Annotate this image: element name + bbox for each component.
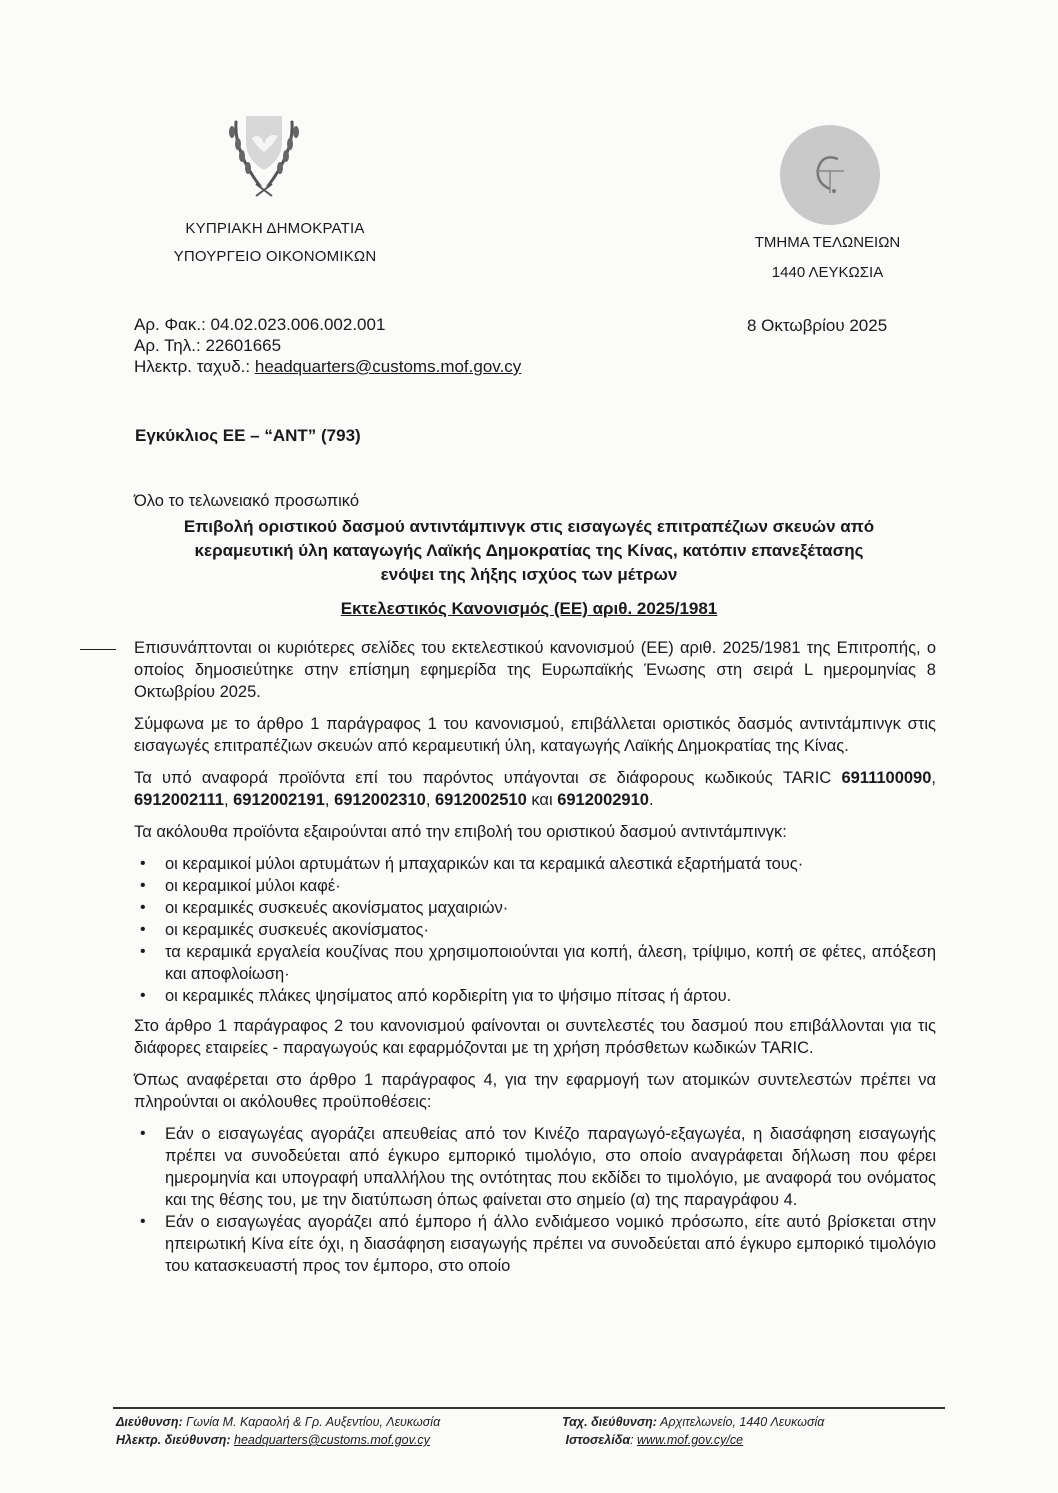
footer-website-link[interactable]: www.mof.gov.cy/ce — [637, 1433, 743, 1447]
footer-email: Ηλεκτρ. διεύθυνση: headquarters@customs.… — [116, 1431, 440, 1449]
regulation-title: Εκτελεστικός Κανονισμός (ΕΕ) αριθ. 2025/… — [118, 599, 940, 619]
footer-right: Ταχ. διεύθυνση: Αρχιτελωνείο, 1440 Λευκω… — [562, 1413, 824, 1449]
ministry-heading: ΚΥΠΡΙΑΚΗ ΔΗΜΟΚΡΑΤΙΑ ΥΠΟΥΡΓΕΙΟ ΟΙΚΟΝΟΜΙΚΩ… — [150, 215, 400, 271]
taric-code: 6912002310 — [334, 791, 426, 809]
conditions-list: Εάν ο εισαγωγέας αγοράζει απευθείας από … — [134, 1123, 936, 1277]
file-number: Αρ. Φακ.: 04.02.023.006.002.001 — [134, 314, 521, 335]
email-link[interactable]: headquarters@customs.mof.gov.cy — [255, 357, 521, 376]
cyprus-coat-of-arms-icon — [216, 112, 312, 202]
paragraph-taric-codes: Τα υπό αναφορά προϊόντα επί του παρόντος… — [134, 767, 936, 811]
footer-divider — [113, 1407, 945, 1409]
footer-postal: Ταχ. διεύθυνση: Αρχιτελωνείο, 1440 Λευκω… — [562, 1413, 824, 1431]
footer-email-link[interactable]: headquarters@customs.mof.gov.cy — [234, 1433, 430, 1447]
list-item: Εάν ο εισαγωγέας αγοράζει από έμπορο ή ά… — [134, 1211, 936, 1277]
reference-block: Αρ. Φακ.: 04.02.023.006.002.001 Αρ. Τηλ.… — [134, 314, 521, 377]
list-item: Εάν ο εισαγωγέας αγοράζει απευθείας από … — [134, 1123, 936, 1211]
paragraph-article-1-1: Σύμφωνα με το άρθρο 1 παράγραφος 1 του κ… — [134, 713, 936, 757]
paragraph-exclusions-intro: Τα ακόλουθα προϊόντα εξαιρούνται από την… — [134, 821, 936, 843]
list-item: οι κεραμικοί μύλοι αρτυμάτων ή μπαχαρικώ… — [134, 853, 936, 875]
footer-address: Διεύθυνση: Γωνία Μ. Καραολή & Γρ. Αυξεντ… — [116, 1413, 440, 1431]
republic-name: ΚΥΠΡΙΑΚΗ ΔΗΜΟΚΡΑΤΙΑ — [150, 215, 400, 243]
list-item: τα κεραμικά εργαλεία κουζίνας που χρησιμ… — [134, 941, 936, 985]
document-date: 8 Οκτωβρίου 2025 — [747, 316, 887, 336]
addressee: Όλο το τελωνειακό προσωπικό — [134, 492, 359, 511]
footer-website: Ιστοσελίδα: www.mof.gov.cy/ce — [562, 1431, 824, 1449]
footer-left: Διεύθυνση: Γωνία Μ. Καραολή & Γρ. Αυξεντ… — [116, 1413, 440, 1449]
list-item: οι κεραμικές συσκευές ακονίσματος· — [134, 919, 936, 941]
phone-number: Αρ. Τηλ.: 22601665 — [134, 335, 521, 356]
department-name: ΤΜΗΜΑ ΤΕΛΩΝΕΙΩΝ — [720, 228, 935, 258]
circular-number: Εγκύκλιος ΕΕ – “ΑΝΤ” (793) — [135, 426, 361, 446]
taric-code: 6912002510 — [435, 791, 527, 809]
taric-code: 6912002910 — [557, 791, 649, 809]
exclusions-list: οι κεραμικοί μύλοι αρτυμάτων ή μπαχαρικώ… — [134, 853, 936, 1007]
paragraph-article-1-4: Όπως αναφέρεται στο άρθρο 1 παράγραφος 4… — [134, 1069, 936, 1113]
subject-heading: Επιβολή οριστικού δασμού αντιντάμπινγκ σ… — [118, 515, 940, 587]
list-item: οι κεραμικές πλάκες ψησίματος από κορδιε… — [134, 985, 936, 1007]
email-line: Ηλεκτρ. ταχυδ.: headquarters@customs.mof… — [134, 356, 521, 377]
department-city: 1440 ΛΕΥΚΩΣΙΑ — [720, 258, 935, 288]
department-heading: ΤΜΗΜΑ ΤΕΛΩΝΕΙΩΝ 1440 ΛΕΥΚΩΣΙΑ — [720, 228, 935, 288]
taric-code: 6911100090 — [841, 769, 931, 787]
list-item: οι κεραμικοί μύλοι καφέ· — [134, 875, 936, 897]
taric-code: 6912002111 — [134, 791, 224, 809]
customs-department-logo-icon — [780, 125, 880, 225]
paragraph-article-1-2: Στο άρθρο 1 παράγραφος 2 του κανονισμού … — [134, 1015, 936, 1059]
list-item: οι κεραμικές συσκευές ακονίσματος μαχαιρ… — [134, 897, 936, 919]
margin-dash — [80, 649, 116, 650]
taric-code: 6912002191 — [233, 791, 325, 809]
document-body: Επισυνάπτονται οι κυριότερες σελίδες του… — [134, 637, 936, 1285]
paragraph-attachment: Επισυνάπτονται οι κυριότερες σελίδες του… — [134, 637, 936, 703]
ministry-name: ΥΠΟΥΡΓΕΙΟ ΟΙΚΟΝΟΜΙΚΩΝ — [150, 243, 400, 271]
